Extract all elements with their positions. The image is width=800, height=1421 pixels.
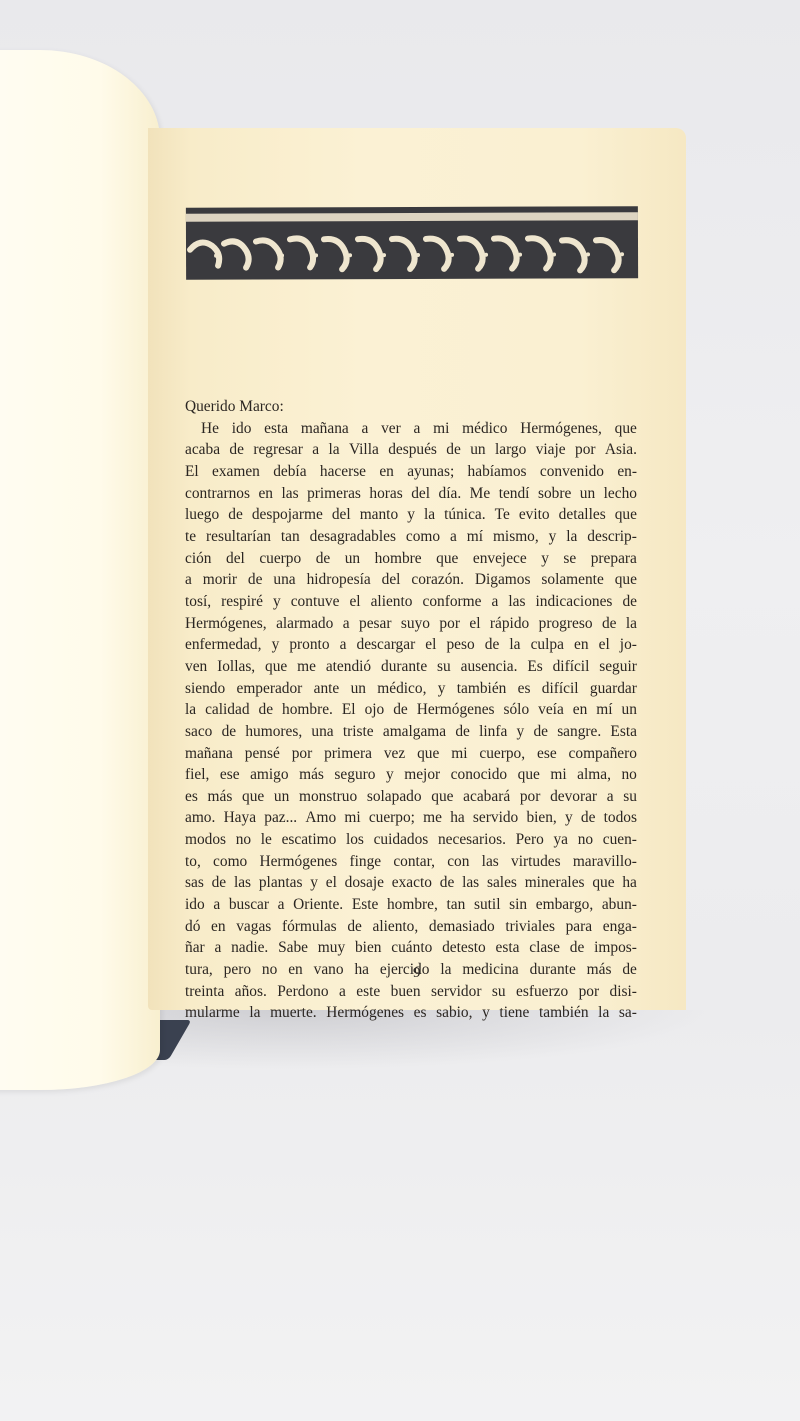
- text-line: siendoemperadoranteunmédico,ytambiénesdi…: [185, 678, 637, 700]
- text-line: Hermógenes,alarmadoapesarsuyoporelrápido…: [185, 613, 637, 635]
- text-line: acabaderegresaralaVilladespuésdeunlargov…: [185, 439, 637, 461]
- text-line: teresultaríantandesagradablescomoamímism…: [185, 526, 637, 548]
- ornamental-border-icon: [186, 206, 638, 280]
- text-line: treintaaños.Perdonoaestebuenservidorsues…: [185, 981, 637, 1003]
- text-line: mañanapenséporprimeravezquemicuerpo,esec…: [185, 743, 637, 765]
- text-line: mularmelamuerte.Hermógenesessabio,ytiene…: [185, 1002, 637, 1024]
- text-line: tosí,respiréycontuveelalientoconformeala…: [185, 591, 637, 613]
- text-line: amorirdeunahidropesíadelcorazón.Digamoss…: [185, 569, 637, 591]
- left-page-curl: [0, 50, 160, 1090]
- text-line: luegodedespojarmedelmantoylatúnica.Teevi…: [185, 504, 637, 526]
- text-line: idoabuscaraOriente.Estehombre,tansutilsi…: [185, 894, 637, 916]
- letter-greeting: Querido Marco:: [185, 396, 637, 418]
- text-line: dóenvagasfórmulasdealiento,demasiadotriv…: [185, 916, 637, 938]
- text-line: contrarnosenlasprimerashorasdeldía.Meten…: [185, 483, 637, 505]
- text-line: amo.Hayapaz...Amomicuerpo;mehaservidobie…: [185, 807, 637, 829]
- text-line: tura,peronoenvanohaejercidolamedicinadur…: [185, 959, 637, 981]
- text-line: ñaranadie.Sabemuybiencuántodetestoestacl…: [185, 937, 637, 959]
- text-line: fiel,eseamigomásseguroymejorconocidoquem…: [185, 764, 637, 786]
- text-line: lacalidaddehombre.ElojodeHermógenessólov…: [185, 699, 637, 721]
- text-line: esmásqueunmonstruosolapadoqueacabarápord…: [185, 786, 637, 808]
- text-line: sacodehumores,unatristeamalgamadelinfayd…: [185, 721, 637, 743]
- ornament-rail: [186, 212, 638, 222]
- text-line: cióndelcuerpodeunhombrequeenvejeceysepre…: [185, 548, 637, 570]
- text-line: enfermedad,yprontoadescargarelpesodelacu…: [185, 634, 637, 656]
- letter-body: Querido Marco: Heidoestamañanaaveramiméd…: [185, 396, 637, 1024]
- text-line: sasdelasplantasyeldosajeexactodelassales…: [185, 872, 637, 894]
- text-line: modosnoleescatimoloscuidadosnecesarios.P…: [185, 829, 637, 851]
- text-line: Elexamendebíahacerseenayunas;habíamoscon…: [185, 461, 637, 483]
- wave-scroll-icon: [186, 224, 638, 278]
- text-line: HeidoestamañanaaveramimédicoHermógenes,q…: [185, 418, 637, 440]
- text-line: to,comoHermógenesfingecontar,conlasvirtu…: [185, 851, 637, 873]
- text-line: venIollas,quemeatendiódurantesuausencia.…: [185, 656, 637, 678]
- page-number: 9: [413, 965, 421, 982]
